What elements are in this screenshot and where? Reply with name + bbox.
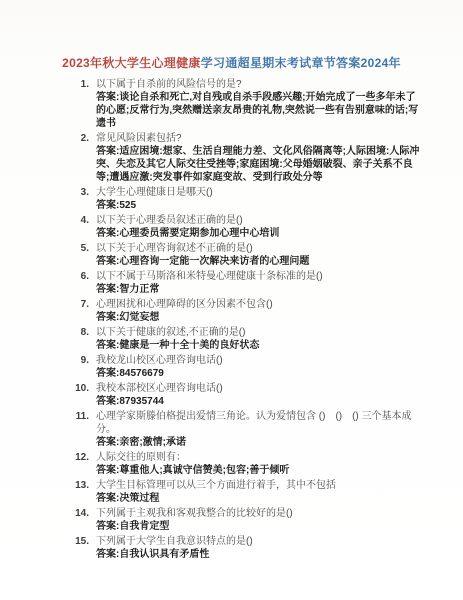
question-text: 下列属于大学生自我意识特点的是() [96,535,421,548]
qa-content: 以下属于自杀前的风险信号的是? 答案:谈论自杀和死亡,对自残或自杀手段感兴趣;开… [96,78,421,130]
question-number: 9. [75,354,89,380]
qa-content: 心理学家斯滕伯格提出爱情三角论。认为爱情包含 () () () 三个基本成分。 … [96,410,421,449]
qa-content: 以下不属于马斯洛和米特曼心理健康十条标准的是() 答案:智力正常 [96,270,421,296]
answer-value: 亲密;激情;承诺 [119,437,186,448]
question-text: 心理困扰和心理障碍的区分因素不包含() [96,298,421,311]
question-text: 常见风险因素包括? [96,132,421,145]
question-number: 14. [75,507,89,533]
question-text: 以下关于心理委员叙述正确的是() [96,214,421,227]
answer-prefix: 答案: [96,256,119,267]
answer-value: 健康是一种十全十美的良好状态 [119,340,259,351]
qa-content: 心理困扰和心理障碍的区分因素不包含() 答案:幻觉妄想 [96,298,421,324]
answer-prefix: 答案: [96,368,119,379]
qa-item: 1. 以下属于自杀前的风险信号的是? 答案:谈论自杀和死亡,对自残或自杀手段感兴… [75,78,421,130]
question-text: 大学生目标管理可以从三个方面进行着手，其中不包括 [96,479,421,492]
question-text: 以下关于健康的叙述,不正确的是() [96,326,421,339]
qa-content: 常见风险因素包括? 答案:适应困境:想家、生活自理能力差、文化风俗隔离等;人际困… [96,132,421,184]
qa-item: 7. 心理困扰和心理障碍的区分因素不包含() 答案:幻觉妄想 [75,298,421,324]
answer-text: 答案:亲密;激情;承诺 [96,436,421,449]
question-number: 3. [75,186,89,212]
answer-text: 答案:自我肯定型 [96,520,421,533]
answer-value: 心理委员需要定期参加心理中心培训 [119,228,279,239]
answer-prefix: 答案: [96,146,119,157]
question-number: 7. [75,298,89,324]
answer-value: 适应困境:想家、生活自理能力差、文化风俗隔离等;人际困境:人际冲突、失恋及其它人… [96,146,419,183]
question-number: 13. [75,479,89,505]
question-text: 下列属于主观我和客观我整合的比较好的是() [96,507,421,520]
document-page: 2023年秋大学生心理健康学习通超星期末考试章节答案2024年 1. 以下属于自… [0,0,463,600]
qa-item: 4. 以下关于心理委员叙述正确的是() 答案:心理委员需要定期参加心理中心培训 [75,214,421,240]
qa-item: 6. 以下不属于马斯洛和米特曼心理健康十条标准的是() 答案:智力正常 [75,270,421,296]
answer-prefix: 答案: [96,437,119,448]
question-number: 10. [75,382,89,408]
question-text: 以下关于心理咨询叙述不正确的是() [96,242,421,255]
answer-text: 答案:心理委员需要定期参加心理中心培训 [96,227,421,240]
answer-prefix: 答案: [96,465,119,476]
qa-item: 9. 我校龙山校区心理咨询电话() 答案:84576679 [75,354,421,380]
question-text: 我校龙山校区心理咨询电话() [96,354,421,367]
answer-value: 87935744 [119,396,164,407]
qa-content: 大学生目标管理可以从三个方面进行着手，其中不包括 答案:决策过程 [96,479,421,505]
qa-content: 大学生心理健康日是哪天() 答案:525 [96,186,421,212]
qa-item: 15. 下列属于大学生自我意识特点的是() 答案:自我认识具有矛盾性 [75,535,421,561]
answer-text: 答案:谈论自杀和死亡,对自残或自杀手段感兴趣;开始完成了一些多年未了的心愿;反常… [96,91,421,130]
answer-text: 答案:自我认识具有矛盾性 [96,548,421,561]
qa-content: 我校本部校区心理咨询电话() 答案:87935744 [96,382,421,408]
answer-text: 答案:智力正常 [96,283,421,296]
answer-value: 谈论自杀和死亡,对自残或自杀手段感兴趣;开始完成了一些多年未了的心愿;反常行为,… [96,92,418,129]
question-number: 11. [75,410,89,449]
answer-text: 答案:适应困境:想家、生活自理能力差、文化风俗隔离等;人际困境:人际冲突、失恋及… [96,145,421,184]
qa-item: 8. 以下关于健康的叙述,不正确的是() 答案:健康是一种十全十美的良好状态 [75,326,421,352]
answer-prefix: 答案: [96,493,119,504]
qa-item: 2. 常见风险因素包括? 答案:适应困境:想家、生活自理能力差、文化风俗隔离等;… [75,132,421,184]
answer-text: 答案:心理咨询一定能一次解决来访者的心理问题 [96,255,421,268]
answer-text: 答案:决策过程 [96,492,421,505]
answer-prefix: 答案: [96,521,119,532]
answer-text: 答案:525 [96,199,421,212]
qa-content: 以下关于心理委员叙述正确的是() 答案:心理委员需要定期参加心理中心培训 [96,214,421,240]
answer-prefix: 答案: [96,312,119,323]
answer-value: 决策过程 [119,493,159,504]
qa-item: 14. 下列属于主观我和客观我整合的比较好的是() 答案:自我肯定型 [75,507,421,533]
qa-list: 1. 以下属于自杀前的风险信号的是? 答案:谈论自杀和死亡,对自残或自杀手段感兴… [0,78,463,561]
title-course-name: 2023年秋大学生心理健康 [62,56,201,70]
question-text: 以下不属于马斯洛和米特曼心理健康十条标准的是() [96,270,421,283]
answer-value: 自我认识具有矛盾性 [119,549,209,560]
answer-value: 尊重他人;真诚守信赞美;包容;善于倾听 [119,465,289,476]
qa-item: 3. 大学生心理健康日是哪天() 答案:525 [75,186,421,212]
answer-value: 幻觉妄想 [119,312,159,323]
answer-prefix: 答案: [96,340,119,351]
answer-value: 525 [119,200,136,211]
title-platform-name: 学习通超星期末考试章节答案2024年 [201,56,401,70]
answer-value: 84576679 [119,368,164,379]
question-number: 8. [75,326,89,352]
answer-prefix: 答案: [96,200,119,211]
question-number: 15. [75,535,89,561]
answer-value: 自我肯定型 [119,521,169,532]
answer-value: 心理咨询一定能一次解决来访者的心理问题 [119,256,309,267]
qa-content: 下列属于主观我和客观我整合的比较好的是() 答案:自我肯定型 [96,507,421,533]
answer-text: 答案:87935744 [96,395,421,408]
qa-item: 11. 心理学家斯滕伯格提出爱情三角论。认为爱情包含 () () () 三个基本… [75,410,421,449]
qa-item: 12. 人际交往的原则有： 答案:尊重他人;真诚守信赞美;包容;善于倾听 [75,451,421,477]
qa-item: 5. 以下关于心理咨询叙述不正确的是() 答案:心理咨询一定能一次解决来访者的心… [75,242,421,268]
question-text: 我校本部校区心理咨询电话() [96,382,421,395]
question-number: 5. [75,242,89,268]
question-text: 心理学家斯滕伯格提出爱情三角论。认为爱情包含 () () () 三个基本成分。 [96,410,421,436]
question-number: 12. [75,451,89,477]
answer-prefix: 答案: [96,396,119,407]
page-title: 2023年秋大学生心理健康学习通超星期末考试章节答案2024年 [0,0,463,71]
answer-text: 答案:幻觉妄想 [96,311,421,324]
qa-content: 以下关于健康的叙述,不正确的是() 答案:健康是一种十全十美的良好状态 [96,326,421,352]
question-number: 4. [75,214,89,240]
qa-content: 下列属于大学生自我意识特点的是() 答案:自我认识具有矛盾性 [96,535,421,561]
answer-prefix: 答案: [96,228,119,239]
qa-content: 人际交往的原则有： 答案:尊重他人;真诚守信赞美;包容;善于倾听 [96,451,421,477]
question-text: 人际交往的原则有： [96,451,421,464]
answer-prefix: 答案: [96,549,119,560]
qa-content: 我校龙山校区心理咨询电话() 答案:84576679 [96,354,421,380]
question-number: 6. [75,270,89,296]
qa-item: 13. 大学生目标管理可以从三个方面进行着手，其中不包括 答案:决策过程 [75,479,421,505]
question-number: 2. [75,132,89,184]
answer-text: 答案:尊重他人;真诚守信赞美;包容;善于倾听 [96,464,421,477]
answer-prefix: 答案: [96,92,119,103]
question-number: 1. [75,78,89,130]
answer-text: 答案:健康是一种十全十美的良好状态 [96,339,421,352]
qa-content: 以下关于心理咨询叙述不正确的是() 答案:心理咨询一定能一次解决来访者的心理问题 [96,242,421,268]
answer-text: 答案:84576679 [96,367,421,380]
qa-item: 10. 我校本部校区心理咨询电话() 答案:87935744 [75,382,421,408]
question-text: 以下属于自杀前的风险信号的是? [96,78,421,91]
question-text: 大学生心理健康日是哪天() [96,186,421,199]
answer-prefix: 答案: [96,284,119,295]
answer-value: 智力正常 [119,284,159,295]
